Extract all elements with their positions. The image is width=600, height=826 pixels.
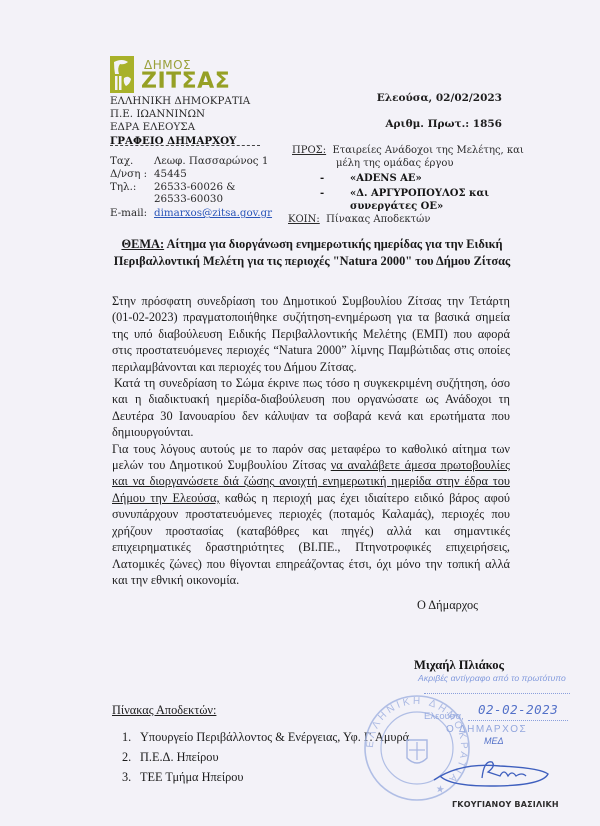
stamp-dotted-line (468, 720, 568, 721)
email-label: E-mail: (110, 207, 154, 220)
distribution-list: 1.Υπουργείο Περιβάλλοντος & Ενέργειας, Υ… (122, 727, 409, 787)
contact-block: Ταχ.Λεωφ. Πασσαρώνος 1 Δ/νση :45445 Τηλ.… (110, 155, 272, 220)
closing-title: Ο Δήμαρχος (417, 598, 478, 613)
addressee-argyropoulos-cont: συνεργάτες ΟΕ» (350, 200, 443, 213)
protocol-number: Αριθμ. Πρωτ.: 1856 (385, 118, 502, 130)
letterhead-line: ΕΛΛΗΝΙΚΗ ΔΗΜΟΚΡΑΤΙΑ (110, 95, 250, 108)
signer-name: Μιχαήλ Πλιάκος (414, 658, 504, 673)
list-item: 3.ΤΕΕ Τμήμα Ηπείρου (122, 767, 409, 787)
logo-word-zitsas: ΖΙΤΣΑΣ (141, 69, 230, 94)
letterhead-divider (110, 145, 260, 146)
distribution-title: Πίνακας Αποδεκτών: (112, 703, 216, 718)
stamp-initials: ΜΕΔ (484, 736, 504, 746)
addressee-adens: «ADENS AE» (350, 172, 422, 185)
list-item: 2.Π.Ε.Δ. Ηπείρου (122, 747, 409, 767)
bullet-dash: - (320, 187, 350, 200)
postal-label: Δ/νση : (110, 168, 154, 181)
stamp-date: 02-02-2023 (478, 702, 558, 717)
email-link[interactable]: dimarxos@zitsa.gov.gr (154, 207, 272, 220)
phone-value-2: 26533-60030 (110, 193, 272, 206)
phone-label: Τηλ.: (110, 181, 154, 194)
handwritten-signature-icon (430, 752, 560, 792)
body-paragraph: Κατά τη συνεδρίαση το Σώμα έκρινε πως τό… (112, 375, 510, 441)
stamp-role: Ο ΔΗΜΑΡΧΟΣ (446, 724, 527, 735)
letterhead-line: Π.Ε. ΙΩΑΝΝΙΝΩΝ (110, 108, 250, 121)
municipality-logo: ΔΗΜΟΣ ΖΙΤΣΑΣ (110, 56, 280, 96)
paragraph-text: καθώς η περιοχή μας έχει ιδιαίτερο ειδικ… (112, 491, 510, 587)
stamp-fields: Ελεούσα, 02-02-2023 Ο ΔΗΜΑΡΧΟΣ ΜΕΔ (424, 693, 570, 694)
addressee-argyropoulos: «Δ. ΑΡΓΥΡΟΠΟΥΛΟΣ και (350, 187, 489, 200)
phone-value: 26533-60026 & (154, 181, 235, 194)
subject-heading: ΘΕΜΑ: Αίτημα για διοργάνωση ενημερωτικής… (112, 236, 512, 269)
address-label: Ταχ. (110, 155, 154, 168)
letterhead-lines: ΕΛΛΗΝΙΚΗ ΔΗΜΟΚΡΑΤΙΑ Π.Ε. ΙΩΑΝΝΙΝΩΝ ΕΔΡΑ … (110, 95, 250, 148)
cc-value: Πίνακας Αποδεκτών (326, 214, 430, 225)
list-item: 1.Υπουργείο Περιβάλλοντος & Ενέργειας, Υ… (122, 727, 409, 747)
stamp-dotted-line (424, 693, 570, 694)
bullet-dash: - (320, 172, 350, 185)
letterhead-line: ΕΔΡΑ ΕΛΕΟΥΣΑ (110, 121, 250, 134)
stamp-city: Ελεούσα, (424, 711, 464, 722)
to-line: Εταιρείες Ανάδοχοι της Μελέτης, και (332, 145, 523, 156)
certifier-name: ΓΚΟΥΓΙΑΝΟΥ ΒΑΣΙΛΙΚΗ (452, 800, 559, 809)
body-paragraph: Για τους λόγους αυτούς με το παρόν σας μ… (112, 441, 510, 589)
to-line: μέλη της ομάδας έργου (292, 157, 532, 170)
postal-value: 45445 (154, 168, 187, 181)
addressees-block: ΠΡΟΣ: Εταιρείες Ανάδοχοι της Μελέτης, κα… (292, 144, 532, 226)
subject-text: Αίτημα για διοργάνωση ενημερωτικής ημερί… (114, 237, 511, 268)
column-leaf-logo-icon (110, 56, 136, 94)
document-page: ΔΗΜΟΣ ΖΙΤΣΑΣ ΕΛΛΗΝΙΚΗ ΔΗΜΟΚΡΑΤΙΑ Π.Ε. ΙΩ… (0, 0, 600, 826)
body-paragraph: Στην πρόσφατη συνεδρίαση του Δημοτικού Σ… (112, 293, 510, 375)
cc-label: ΚΟΙΝ: (288, 214, 320, 225)
letter-body: Στην πρόσφατη συνεδρίαση του Δημοτικού Σ… (112, 293, 510, 588)
subject-label: ΘΕΜΑ: (121, 237, 164, 251)
true-copy-note: Ακριβές αντίγραφο από το πρωτότυπο (418, 673, 566, 683)
to-label: ΠΡΟΣ: (292, 145, 326, 156)
address-value: Λεωφ. Πασσαρώνος 1 (154, 155, 268, 168)
document-date: Ελεούσα, 02/02/2023 (377, 92, 502, 104)
